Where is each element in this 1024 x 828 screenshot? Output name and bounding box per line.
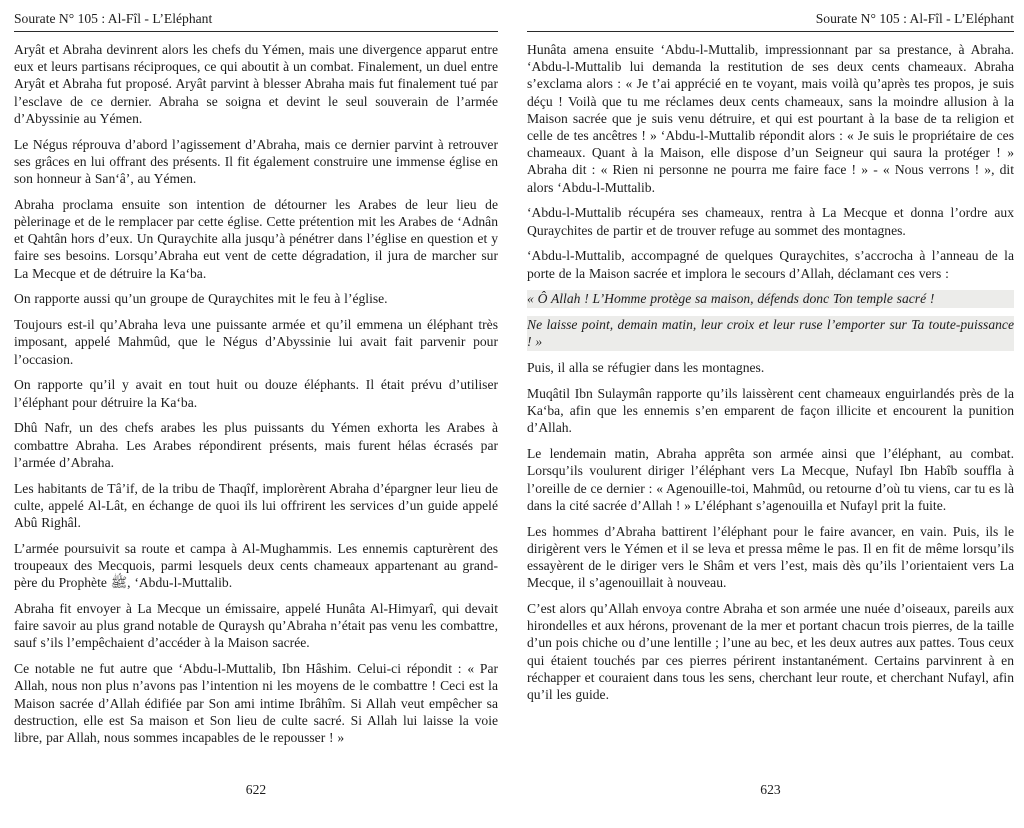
page-622: Sourate N° 105 : Al-Fîl - L’Eléphant Ary… xyxy=(14,10,498,818)
body-paragraph: Muqâtil Ibn Sulaymân rapporte qu’ils lai… xyxy=(527,385,1014,437)
document-spread: Sourate N° 105 : Al-Fîl - L’Eléphant Ary… xyxy=(0,0,1024,828)
body-paragraph: Puis, il alla se réfugier dans les monta… xyxy=(527,359,1014,376)
page-623: Sourate N° 105 : Al-Fîl - L’Eléphant Hun… xyxy=(527,10,1014,818)
body-paragraph: Abraha proclama ensuite son intention de… xyxy=(14,196,498,282)
body-paragraph: C’est alors qu’Allah envoya contre Abrah… xyxy=(527,600,1014,703)
body-paragraph: Dhû Nafr, un des chefs arabes les plus p… xyxy=(14,419,498,471)
verse-paragraph: Ne laisse point, demain matin, leur croi… xyxy=(527,316,1014,350)
body-paragraph: Hunâta amena ensuite ‘Abdu-l-Muttalib, i… xyxy=(527,41,1014,196)
body-paragraph: Abraha fit envoyer à La Mecque un émissa… xyxy=(14,600,498,652)
body-paragraph: Les hommes d’Abraha battirent l’éléphant… xyxy=(527,523,1014,592)
left-page-number: 622 xyxy=(14,782,498,798)
body-paragraph: ‘Abdu-l-Muttalib, accompagné de quelques… xyxy=(527,247,1014,281)
body-paragraph: Les habitants de Tâ’if, de la tribu de T… xyxy=(14,480,498,532)
right-page-number: 623 xyxy=(527,782,1014,798)
body-paragraph: Ce notable ne fut autre que ‘Abdu-l-Mutt… xyxy=(14,660,498,746)
right-page-body: Hunâta amena ensuite ‘Abdu-l-Muttalib, i… xyxy=(527,41,1014,703)
body-paragraph: Le Négus réprouva d’abord l’agissement d… xyxy=(14,136,498,188)
left-page-header: Sourate N° 105 : Al-Fîl - L’Eléphant xyxy=(14,10,498,32)
body-paragraph: Le lendemain matin, Abraha apprêta son a… xyxy=(527,445,1014,514)
left-page-body: Aryât et Abraha devinrent alors les chef… xyxy=(14,41,498,746)
body-paragraph: L’armée poursuivit sa route et campa à A… xyxy=(14,540,498,592)
body-paragraph: Toujours est-il qu’Abraha leva une puiss… xyxy=(14,316,498,368)
body-paragraph: Aryât et Abraha devinrent alors les chef… xyxy=(14,41,498,127)
body-paragraph: On rapporte aussi qu’un groupe de Qurayc… xyxy=(14,290,498,307)
body-paragraph: On rapporte qu’il y avait en tout huit o… xyxy=(14,376,498,410)
verse-paragraph: « Ô Allah ! L’Homme protège sa maison, d… xyxy=(527,290,1014,307)
right-page-header: Sourate N° 105 : Al-Fîl - L’Eléphant xyxy=(527,10,1014,32)
body-paragraph: ‘Abdu-l-Muttalib récupéra ses chameaux, … xyxy=(527,204,1014,238)
